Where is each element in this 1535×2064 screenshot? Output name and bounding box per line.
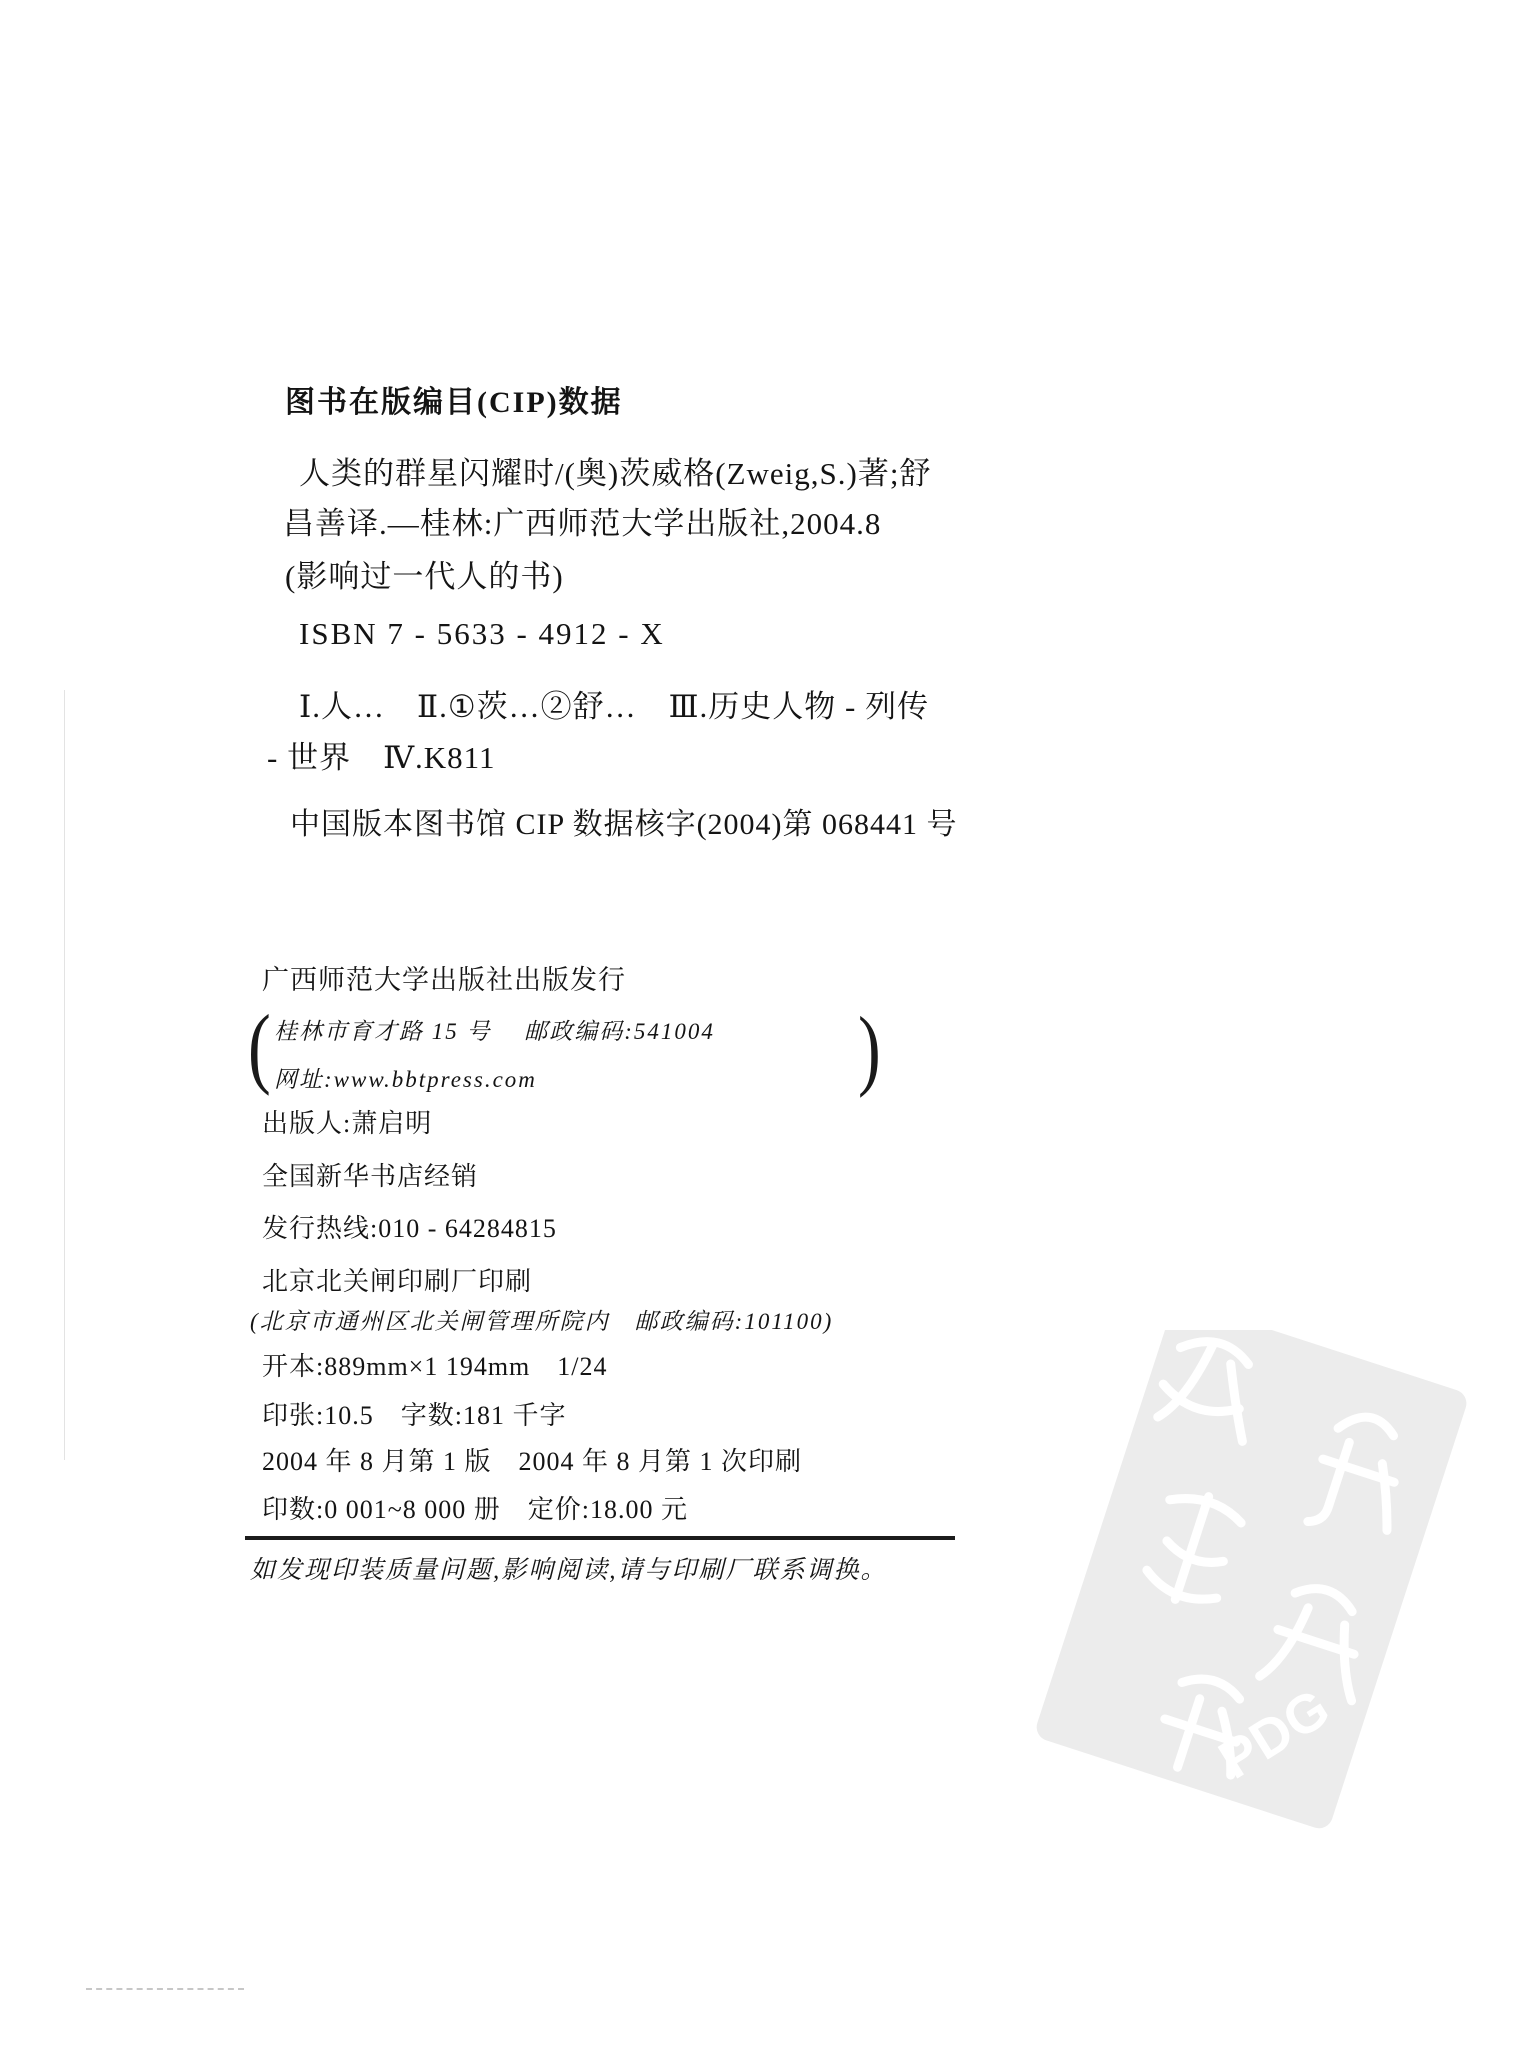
cip-entry-line1: 人类的群星闪耀时/(奥)茨威格(Zweig,S.)著;舒 <box>299 458 931 489</box>
printer-line: 北京北关闸印刷厂印刷 <box>262 1269 532 1295</box>
edition-line: 2004 年 8 月第 1 版 2004 年 8 月第 1 次印刷 <box>262 1449 802 1475</box>
isbn-line: ISBN 7 - 5633 - 4912 - X <box>299 618 665 649</box>
address-paren-close: ) <box>858 1004 881 1094</box>
classification-line2: - 世界 Ⅳ.K811 <box>267 742 496 773</box>
watermark-stamp-graphic: PDG <box>1000 1330 1510 1850</box>
distribution-line: 全国新华书店经销 <box>262 1164 478 1190</box>
address-paren-open: ( <box>248 1002 271 1092</box>
pdg-watermark: PDG <box>1000 1330 1510 1850</box>
cip-record-number: 中国版本图书馆 CIP 数据核字(2004)第 068441 号 <box>290 810 958 840</box>
classification-line1: Ⅰ.人… Ⅱ.①茨…②舒… Ⅲ.历史人物 - 列传 <box>299 691 929 722</box>
divider-rule <box>245 1536 955 1540</box>
printer-address: (北京市通州区北关闸管理所院内 邮政编码:101100) <box>250 1310 833 1333</box>
scan-edge-dashes <box>86 1988 244 1990</box>
scan-edge-line <box>64 690 65 1460</box>
publisher-address: 桂林市育才路 15 号 邮政编码:541004 <box>274 1020 715 1043</box>
sheets-line: 印张:10.5 字数:181 千字 <box>262 1403 566 1429</box>
cip-series-note: (影响过一代人的书) <box>285 561 564 592</box>
book-copyright-page: 图书在版编目(CIP)数据 人类的群星闪耀时/(奥)茨威格(Zweig,S.)著… <box>0 0 1535 2064</box>
print-run-line: 印数:0 001~8 000 册 定价:18.00 元 <box>262 1497 688 1523</box>
cip-heading: 图书在版编目(CIP)数据 <box>285 388 623 418</box>
hotline-line: 发行热线:010 - 64284815 <box>262 1216 557 1242</box>
publisher-website: 网址:www.bbtpress.com <box>274 1068 537 1091</box>
quality-note: 如发现印装质量问题,影响阅读,请与印刷厂联系调换。 <box>250 1558 888 1583</box>
publisher-person: 出版人:萧启明 <box>262 1111 432 1137</box>
cip-entry-line2: 昌善译.—桂林:广西师范大学出版社,2004.8 <box>283 508 881 539</box>
format-line: 开本:889mm×1 194mm 1/24 <box>262 1354 608 1380</box>
publisher-line: 广西师范大学出版社出版发行 <box>262 967 626 994</box>
